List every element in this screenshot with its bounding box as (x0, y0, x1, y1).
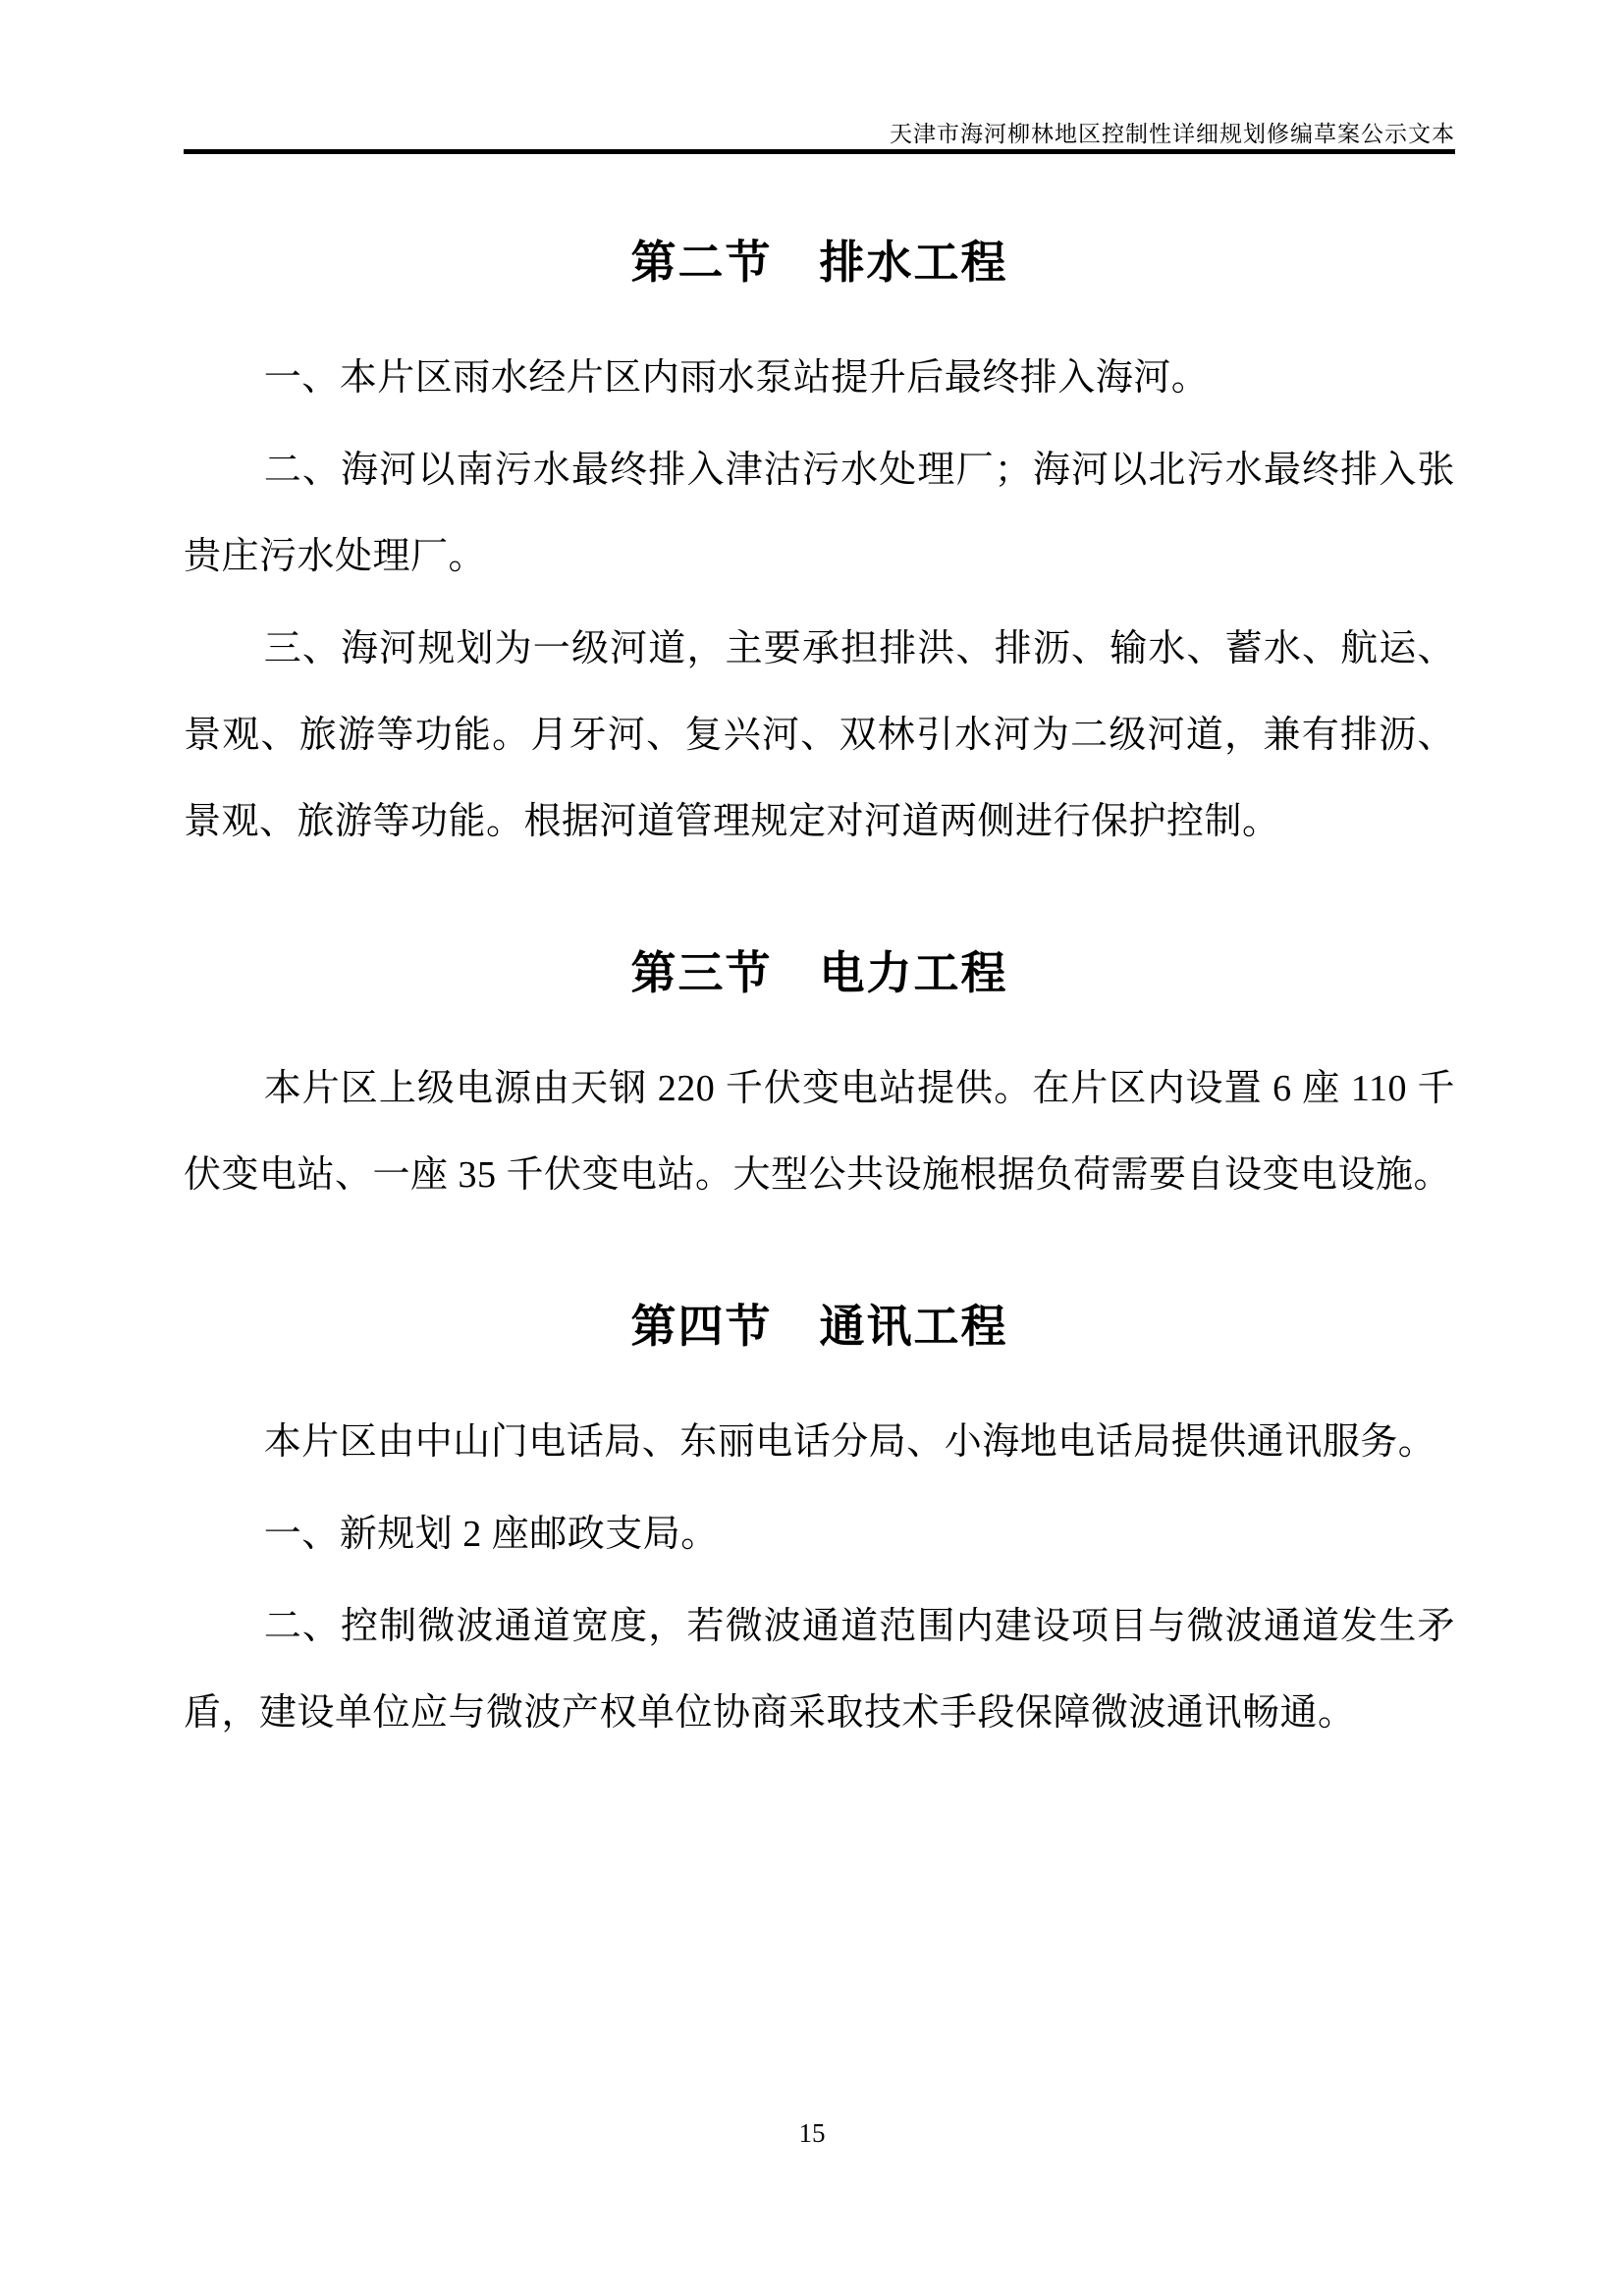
paragraph: 一、本片区雨水经片区内雨水泵站提升后最终排入海河。 (184, 335, 1455, 421)
page-number: 15 (799, 2118, 826, 2148)
paragraph: 一、新规划 2 座邮政支局。 (184, 1491, 1455, 1577)
section-title: 第二节 排水工程 (184, 233, 1455, 294)
document-body: 第二节 排水工程一、本片区雨水经片区内雨水泵站提升后最终排入海河。二、海河以南污… (184, 154, 1455, 1756)
header-title: 天津市海河柳林地区控制性详细规划修编草案公示文本 (890, 122, 1455, 146)
paragraph: 二、海河以南污水最终排入津沽污水处理厂；海河以北污水最终排入张贵庄污水处理厂。 (184, 427, 1455, 600)
document-page: 天津市海河柳林地区控制性详细规划修编草案公示文本 第二节 排水工程一、本片区雨水… (0, 0, 1624, 2296)
section-title: 第四节 通讯工程 (184, 1297, 1455, 1358)
page-header: 天津市海河柳林地区控制性详细规划修编草案公示文本 (184, 116, 1455, 148)
paragraph: 本片区上级电源由天钢 220 千伏变电站提供。在片区内设置 6 座 110 千伏… (184, 1045, 1455, 1218)
paragraph: 本片区由中山门电话局、东丽电话分局、小海地电话局提供通讯服务。 (184, 1399, 1455, 1485)
page-footer: 15 (0, 2118, 1624, 2149)
paragraph: 二、控制微波通道宽度，若微波通道范围内建设项目与微波通道发生矛盾，建设单位应与微… (184, 1583, 1455, 1756)
section-title: 第三节 电力工程 (184, 943, 1455, 1004)
paragraph: 三、海河规划为一级河道，主要承担排洪、排沥、输水、蓄水、航运、景观、旅游等功能。… (184, 606, 1455, 865)
